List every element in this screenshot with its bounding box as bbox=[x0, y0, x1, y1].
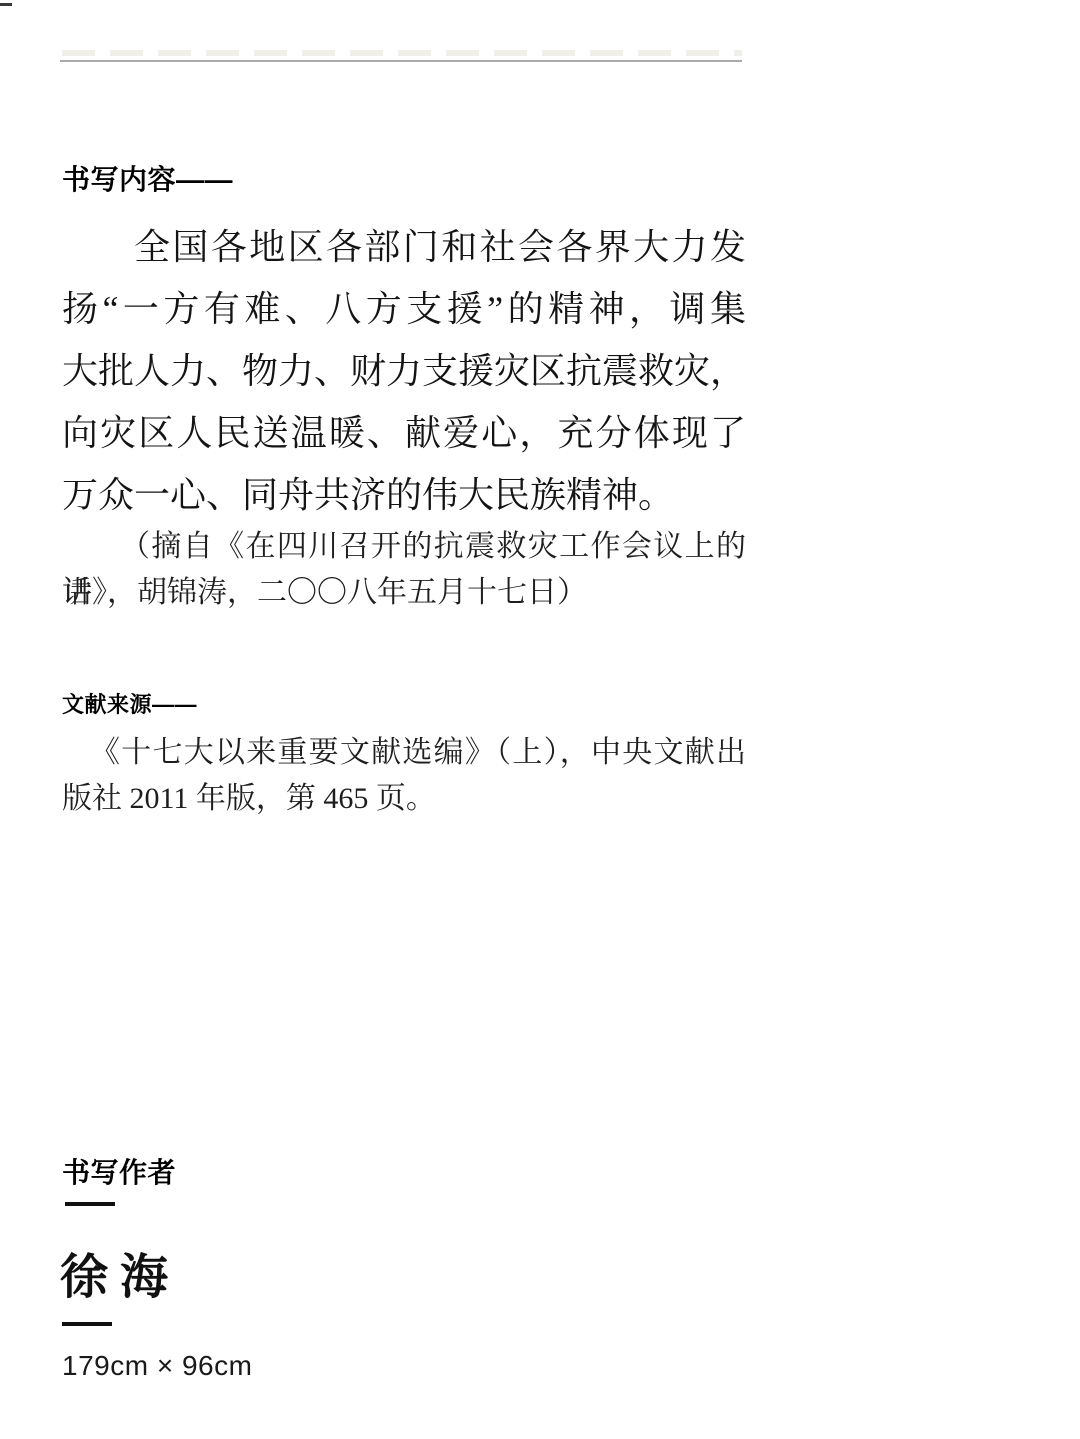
section-divider-line bbox=[60, 60, 742, 62]
author-dash-line bbox=[65, 1202, 115, 1206]
quote-line: 向灾区人民送温暖、献爱心，充分体现了 bbox=[62, 402, 746, 464]
source-line: 版社 2011 年版，第 465 页。 bbox=[62, 776, 746, 822]
artwork-dimensions: 179cm × 96cm bbox=[62, 1350, 252, 1382]
citation-paragraph: （摘自《在四川召开的抗震救灾工作会议上的讲 话》，胡锦涛，二〇〇八年五月十七日） bbox=[62, 524, 746, 616]
quote-line: 全国各地区各部门和社会各界大力发 bbox=[62, 216, 746, 278]
quote-line: 扬“一方有难、八方支援”的精神，调集 bbox=[62, 278, 746, 340]
citation-line: 话》，胡锦涛，二〇〇八年五月十七日） bbox=[62, 570, 746, 616]
content-section-heading: 书写内容—— bbox=[62, 158, 233, 198]
source-line: 《十七大以来重要文献选编》（上），中央文献出 bbox=[62, 730, 746, 776]
quote-line: 大批人力、物力、财力支援灾区抗震救灾， bbox=[62, 340, 746, 402]
source-paragraph: 《十七大以来重要文献选编》（上），中央文献出 版社 2011 年版，第 465 … bbox=[62, 730, 746, 822]
quote-line: 万众一心、同舟共济的伟大民族精神。 bbox=[62, 464, 746, 526]
faded-dash-strip bbox=[62, 50, 742, 56]
author-name: 徐 海 bbox=[60, 1238, 168, 1307]
citation-line: （摘自《在四川召开的抗震救灾工作会议上的讲 bbox=[62, 524, 746, 570]
author-section-heading: 书写作者 bbox=[62, 1151, 176, 1191]
top-edge-mark bbox=[0, 3, 12, 6]
dimensions-dash-line bbox=[62, 1322, 112, 1326]
quote-paragraph: 全国各地区各部门和社会各界大力发 扬“一方有难、八方支援”的精神，调集 大批人力… bbox=[62, 216, 746, 526]
article-page: 书写内容—— 全国各地区各部门和社会各界大力发 扬“一方有难、八方支援”的精神，… bbox=[0, 0, 1080, 1439]
source-section-heading: 文献来源—— bbox=[62, 688, 197, 719]
